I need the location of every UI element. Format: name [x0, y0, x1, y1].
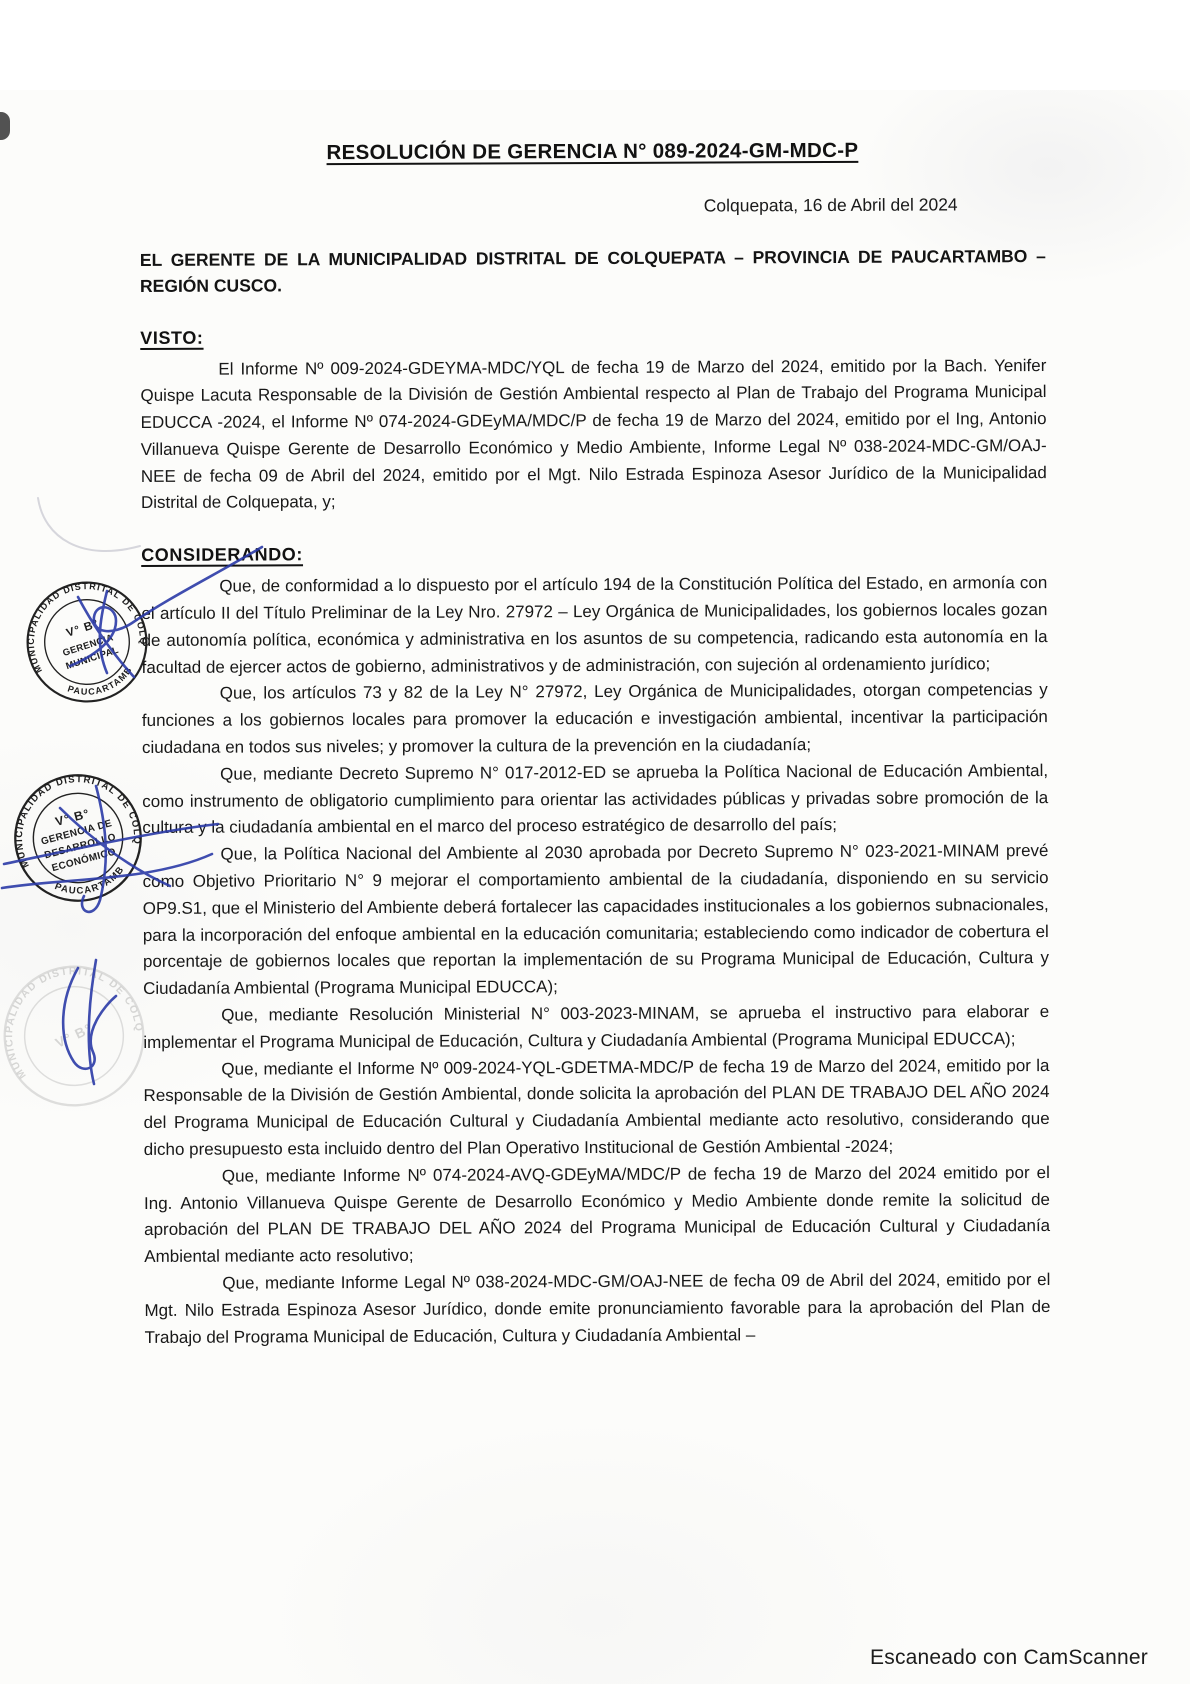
considerando-paragraph-6: Que, mediante el Informe Nº 009-2024-YQL…	[143, 1053, 1049, 1164]
considerando-heading: CONSIDERANDO:	[141, 541, 1047, 566]
resolution-document: RESOLUCIÓN DE GERENCIA N° 089-2024-GM-MD…	[139, 138, 1050, 1351]
scanned-resolution-page: RESOLUCIÓN DE GERENCIA N° 089-2024-GM-MD…	[0, 0, 1190, 1684]
document-title: RESOLUCIÓN DE GERENCIA N° 089-2024-GM-MD…	[139, 138, 1045, 166]
scan-edge-artifact	[0, 112, 10, 140]
signature-flourish	[30, 958, 150, 1103]
visto-body: El Informe Nº 009-2024-GDEYMA-MDC/YQL de…	[140, 353, 1047, 518]
signature-gerencia-municipal	[10, 535, 270, 740]
dateline: Colquepata, 16 de Abril del 2024	[140, 194, 1046, 219]
considerando-paragraph-7: Que, mediante Informe Nº 074-2024-AVQ-GD…	[144, 1160, 1050, 1271]
signature-stroke	[2, 786, 218, 912]
considerando-paragraph-5: Que, mediante Resolución Ministerial N° …	[143, 999, 1049, 1057]
considerando-paragraph-3: Que, mediante Decreto Supremo N° 017-201…	[142, 758, 1048, 842]
considerando-paragraph-8: Que, mediante Informe Legal Nº 038-2024-…	[144, 1267, 1050, 1351]
signature-stroke	[70, 547, 262, 677]
scan-edge-band	[0, 0, 1190, 90]
addressee-line: EL GERENTE DE LA MUNICIPALIDAD DISTRITAL…	[140, 243, 1046, 299]
considerando-paragraph-1: Que, de conformidad a lo dispuesto por e…	[141, 570, 1047, 681]
signature-desarrollo-economico	[0, 768, 225, 933]
considerando-paragraph-2: Que, los artículos 73 y 82 de la Ley N° …	[142, 677, 1048, 761]
visto-heading: VISTO:	[140, 324, 1046, 349]
camscanner-footer: Escaneado con CamScanner	[870, 1646, 1148, 1670]
considerando-paragraph-4: Que, la Política Nacional del Ambiente a…	[142, 838, 1049, 1003]
signature-stroke	[63, 960, 116, 1084]
